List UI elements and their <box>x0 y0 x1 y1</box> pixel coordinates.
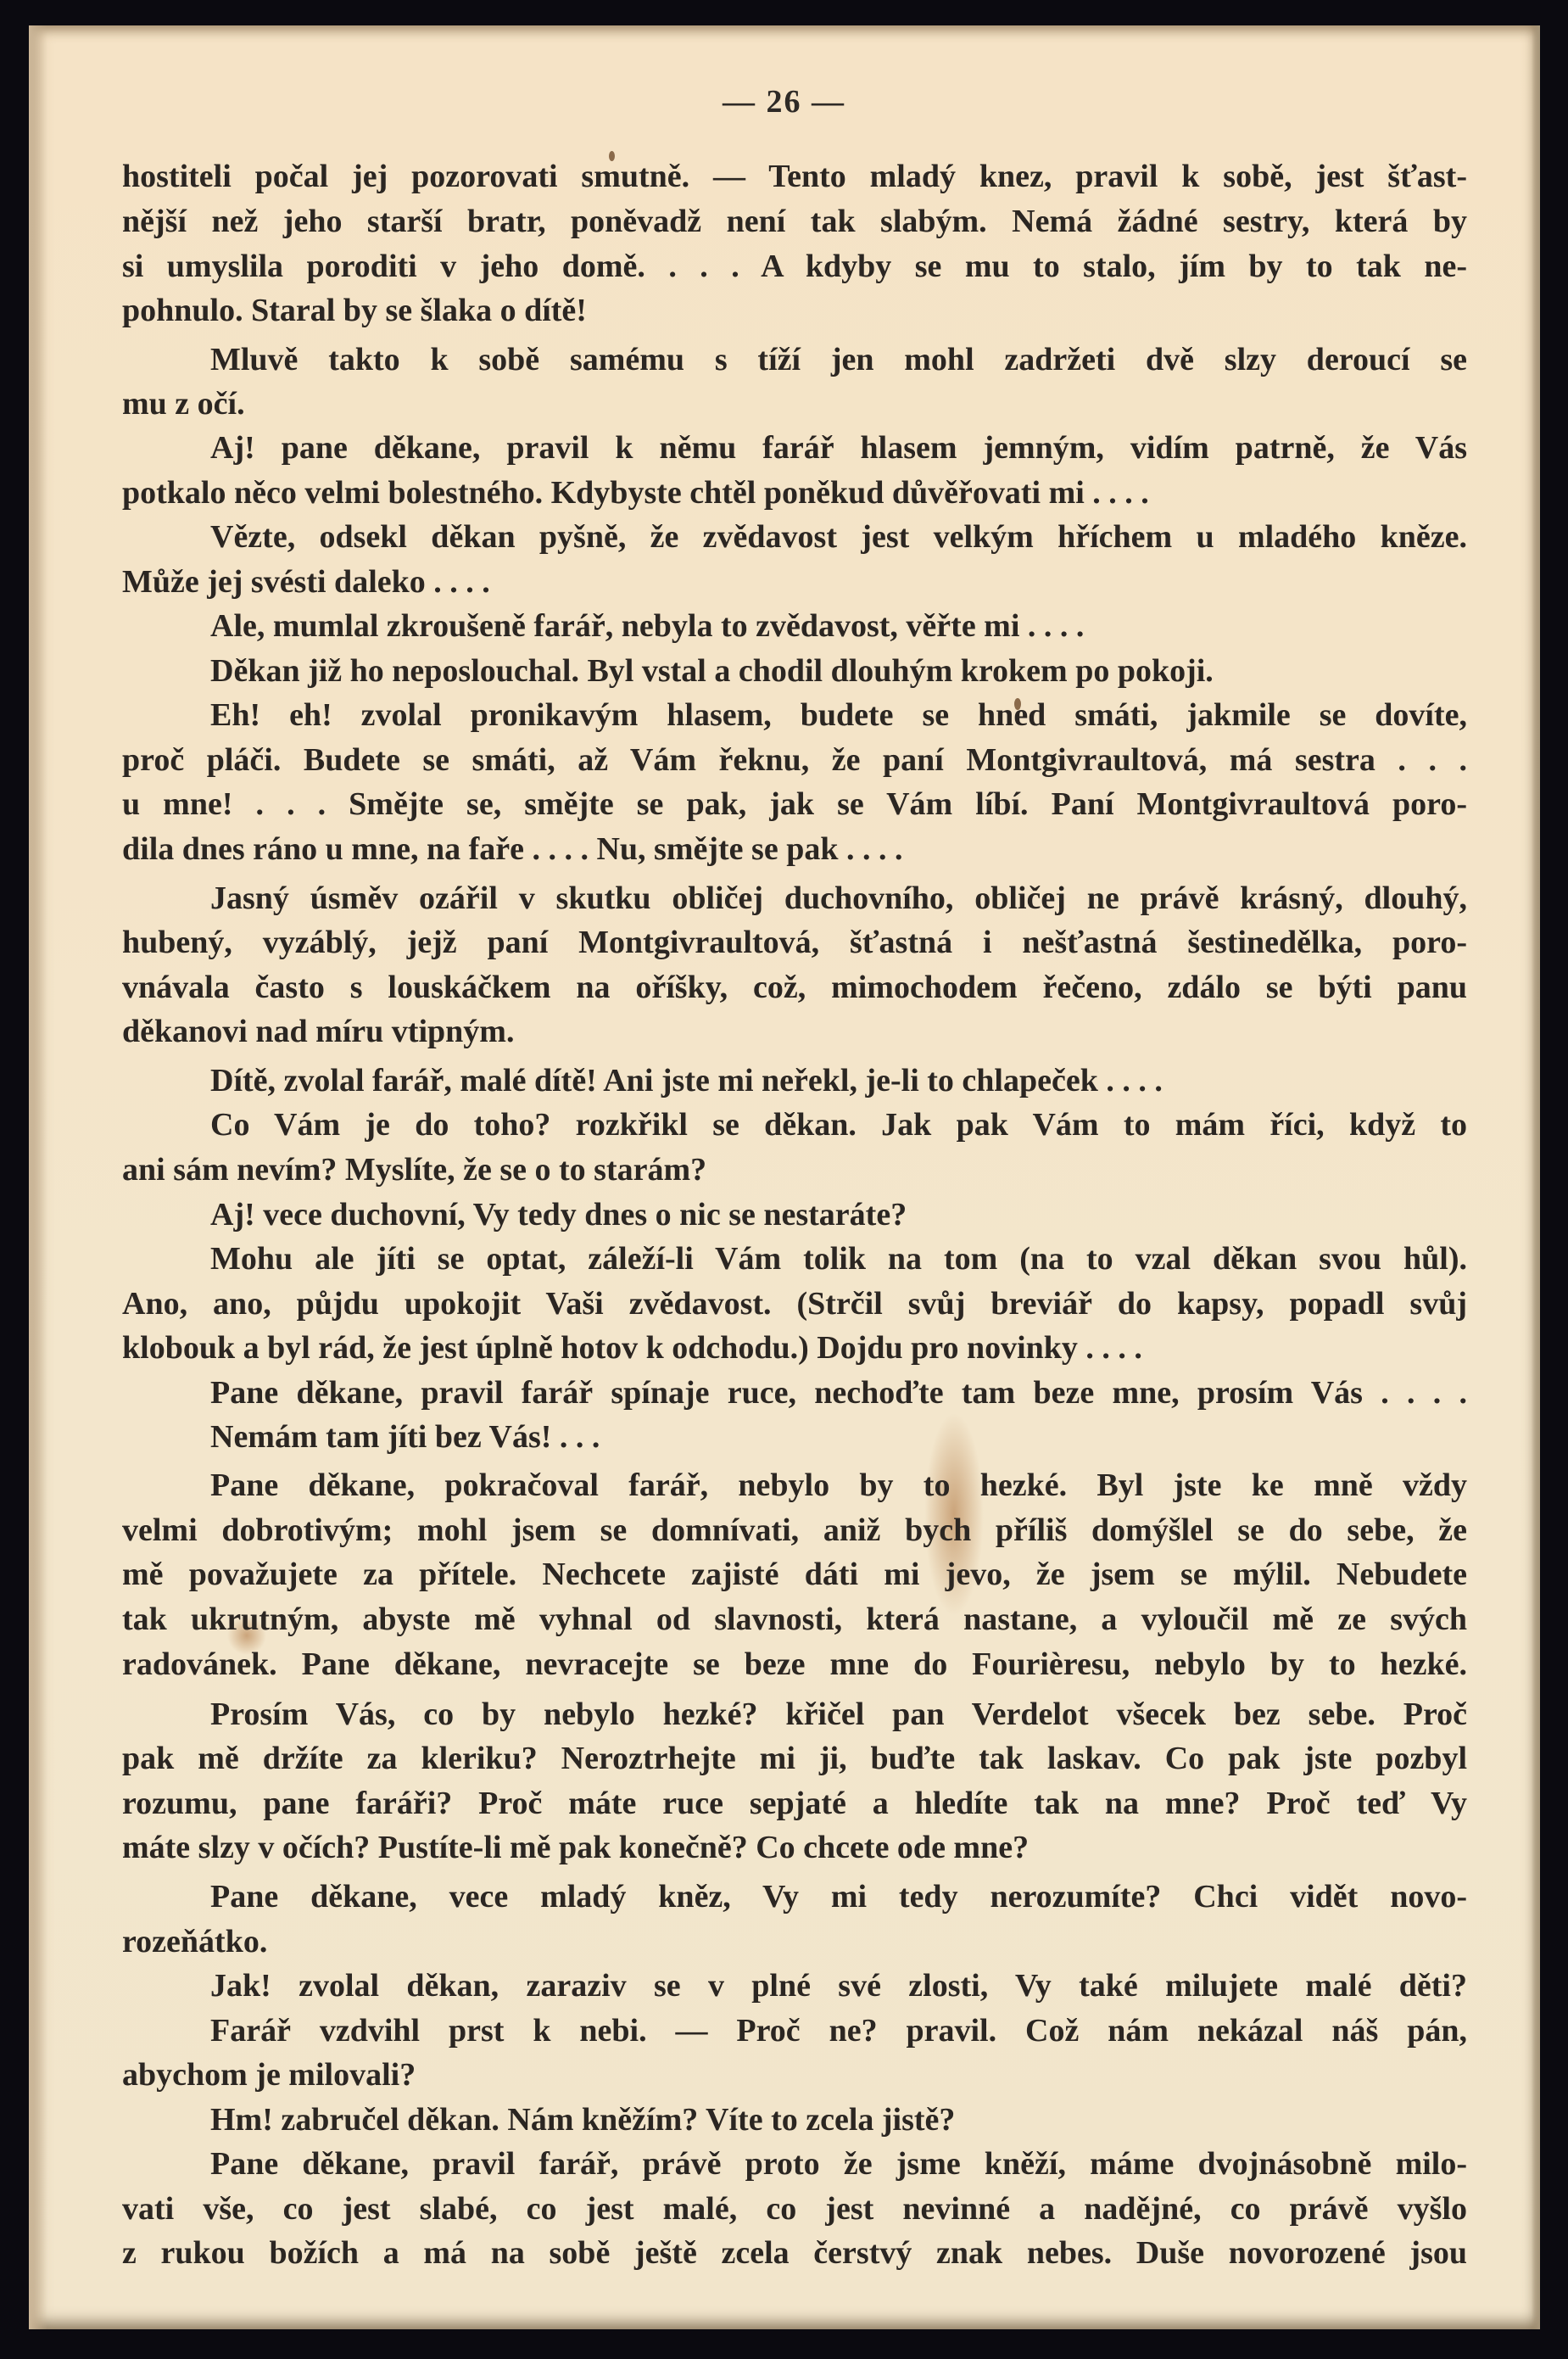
text-line: hostiteli počal jej pozorovati smutně. —… <box>122 158 1467 195</box>
text-line: Ano, ano, půjdu upokojit Vaši zvědavost.… <box>122 1285 1467 1322</box>
text-line: pohnulo. Staral by se šlaka o dítě! <box>122 292 1467 329</box>
text-line: velmi dobrotivým; mohl jsem se domnívati… <box>122 1512 1467 1549</box>
text-line: vnávala často s louskáčkem na oříšky, co… <box>122 969 1467 1006</box>
text-line: vati vše, co jest slabé, co jest malé, c… <box>122 2190 1467 2228</box>
text-line: Aj! pane děkane, pravil k němu farář hla… <box>210 429 1467 467</box>
text-line: Mohu ale jíti se optat, záleží-li Vám to… <box>210 1240 1467 1277</box>
text-line: nější než jeho starší bratr, poněvadž ne… <box>122 203 1467 240</box>
text-line: Hm! zabručel děkan. Nám kněžím? Víte to … <box>210 2101 1467 2138</box>
text-line: Jasný úsměv ozářil v skutku obličej duch… <box>210 880 1467 917</box>
text-line: Pane děkane, pokračoval farář, nebylo by… <box>210 1467 1467 1504</box>
text-line: tak ukrutným, abyste mě vyhnal od slavno… <box>122 1601 1467 1638</box>
text-line: Ale, mumlal zkroušeně farář, nebyla to z… <box>210 607 1467 645</box>
text-line: hubený, vyzáblý, jejž paní Montgivraulto… <box>122 924 1467 961</box>
text-line: Co Vám je do toho? rozkřikl se děkan. Ja… <box>210 1106 1467 1143</box>
text-line: si umyslila poroditi v jeho domě. . . . … <box>122 248 1467 285</box>
text-line: Může jej svésti daleko . . . . <box>122 563 1467 601</box>
text-line: Děkan již ho neposlouchal. Byl vstal a c… <box>210 652 1467 690</box>
text-line: klobouk a byl rád, že jest úplně hotov k… <box>122 1329 1467 1367</box>
text-line: Aj! vece duchovní, Vy tedy dnes o nic se… <box>210 1196 1467 1233</box>
text-line: Prosím Vás, co by nebylo hezké? křičel p… <box>210 1696 1467 1733</box>
page-number: — 26 — <box>0 83 1568 120</box>
text-line: máte slzy v očích? Pustíte-li mě pak kon… <box>122 1829 1467 1866</box>
text-line: Vězte, odsekl děkan pyšně, že zvědavost … <box>210 518 1467 556</box>
text-line: u mne! . . . Smějte se, smějte se pak, j… <box>122 785 1467 823</box>
text-line: z rukou božích a má na sobě ještě zcela … <box>122 2234 1467 2272</box>
text-line: Mluvě takto k sobě samému s tíží jen moh… <box>210 341 1467 378</box>
page-edge-shadow <box>1532 25 1540 2329</box>
text-line: Pane děkane, vece mladý kněz, Vy mi tedy… <box>210 1878 1467 1915</box>
text-line: abychom je milovali? <box>122 2056 1467 2093</box>
text-line: Nemám tam jíti bez Vás! . . . <box>210 1418 1467 1456</box>
text-line: mě považujete za přítele. Nechcete zajis… <box>122 1556 1467 1593</box>
text-line: potkalo něco velmi bolestného. Kdybyste … <box>122 474 1467 511</box>
text-line: proč pláči. Budete se smáti, až Vám řekn… <box>122 741 1467 779</box>
text-line: Dítě, zvolal farář, malé dítě! Ani jste … <box>210 1062 1467 1099</box>
text-line: Farář vzdvihl prst k nebi. — Proč ne? pr… <box>210 2012 1467 2049</box>
text-line: ani sám nevím? Myslíte, že se o to stará… <box>122 1151 1467 1188</box>
text-line: radovánek. Pane děkane, nevracejte se be… <box>122 1646 1467 1683</box>
text-line: pak mě držíte za kleriku? Neroztrhejte m… <box>122 1740 1467 1777</box>
text-line: Pane děkane, pravil farář spínaje ruce, … <box>210 1374 1467 1411</box>
page-spine-shadow <box>29 25 47 2329</box>
text-line: mu z očí. <box>122 385 1467 422</box>
text-line: rozeňátko. <box>122 1923 1467 1960</box>
text-line: Eh! eh! zvolal pronikavým hlasem, budete… <box>210 696 1467 734</box>
text-line: Jak! zvolal děkan, zaraziv se v plné své… <box>210 1967 1467 2004</box>
text-line: Pane děkane, pravil farář, právě proto ž… <box>210 2145 1467 2183</box>
text-line: rozumu, pane faráři? Proč máte ruce sepj… <box>122 1785 1467 1822</box>
text-line: děkanovi nad míru vtipným. <box>122 1013 1467 1050</box>
text-line: dila dnes ráno u mne, na faře . . . . Nu… <box>122 830 1467 868</box>
